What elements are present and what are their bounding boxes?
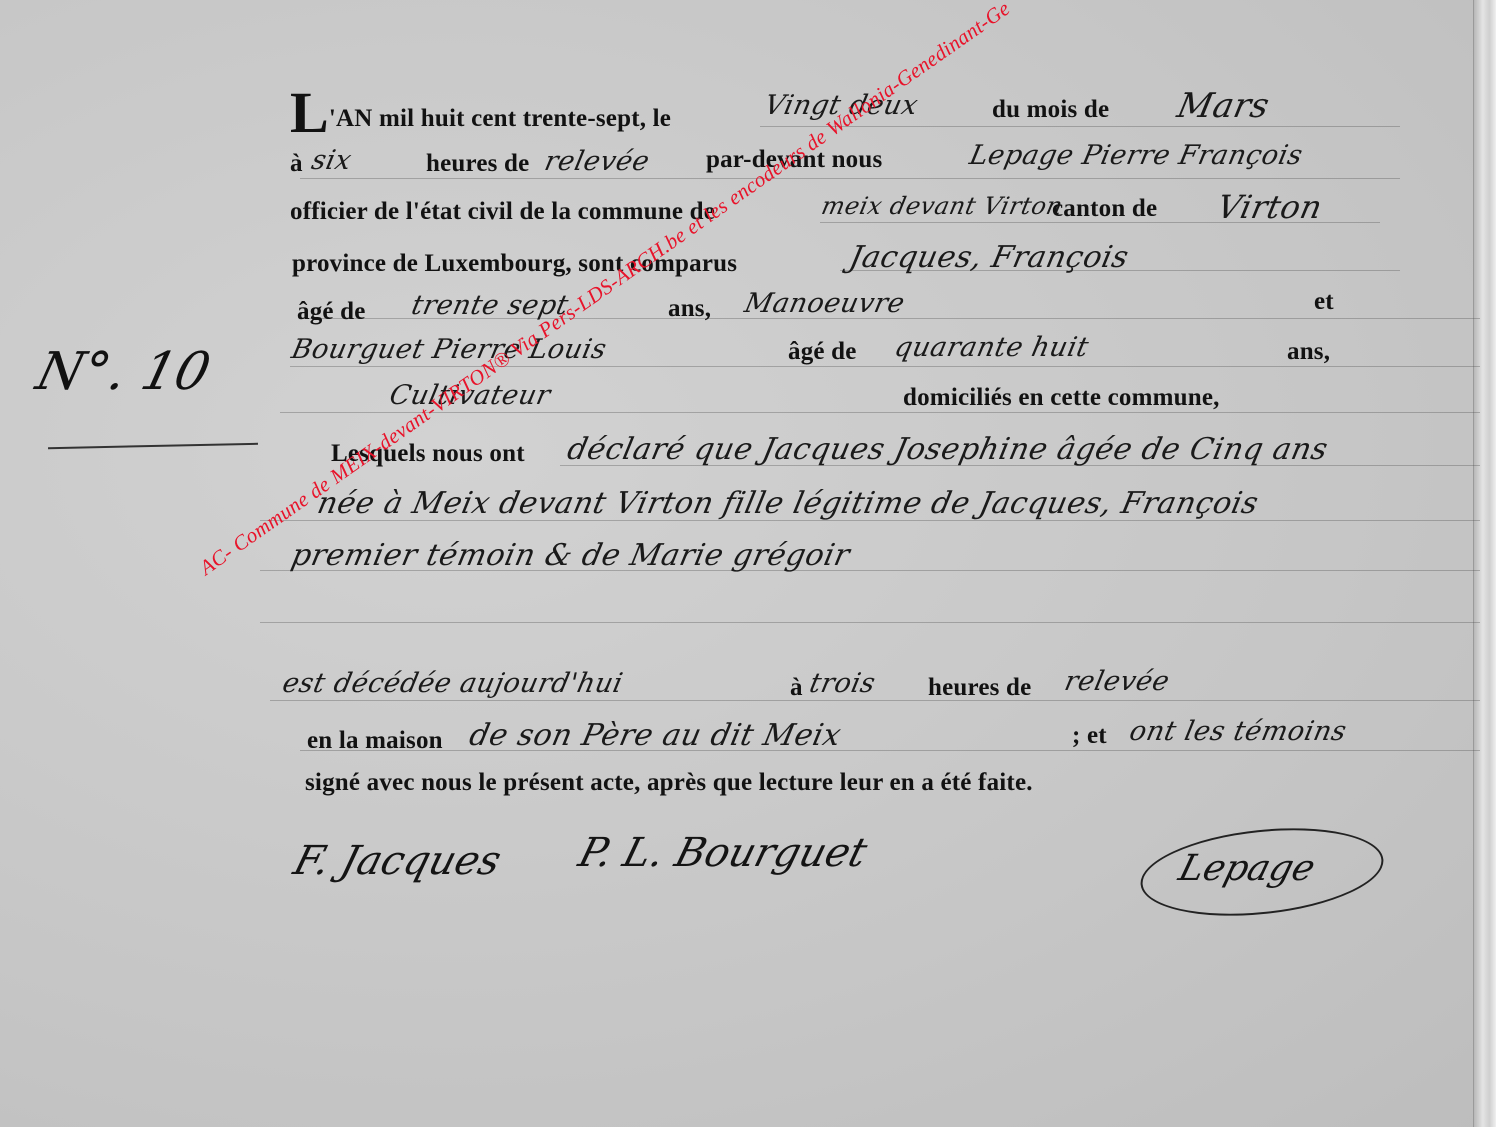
hand-deceased-today: est décédée aujourd'hui	[280, 668, 626, 699]
text-age-de: âgé de	[297, 298, 366, 326]
hand-witnesses-signed: ont les témoins	[1127, 716, 1350, 747]
hand-period: relevée	[542, 146, 653, 177]
text-a-2: à	[790, 674, 803, 702]
hand-officer-name: Lepage Pierre François	[967, 140, 1306, 171]
text-domicilies: domiciliés en cette commune,	[903, 384, 1220, 412]
page-binding-edge	[1473, 0, 1496, 1127]
text-heures-de-2: heures de	[928, 674, 1031, 702]
hand-hour: six	[309, 145, 355, 176]
signature-bourguet: P. L. Bourguet	[574, 830, 872, 876]
hand-witness-1: Jacques, François	[846, 240, 1132, 275]
hand-canton: Virton	[1214, 188, 1326, 226]
text-signe-avec-nous: signé avec nous le présent acte, après q…	[305, 769, 1033, 797]
hand-age-2: quarante huit	[892, 332, 1092, 363]
hand-month: Mars	[1174, 86, 1273, 126]
hand-occupation-1: Manoeuvre	[742, 288, 908, 319]
hand-birth-parents: née à Meix devant Virton fille légitime …	[314, 486, 1261, 521]
ruled-line	[270, 700, 1480, 701]
text-en-la-maison: en la maison	[307, 727, 443, 755]
text-canton: canton de	[1052, 195, 1157, 223]
text-et-2: ; et	[1072, 722, 1107, 750]
hand-declaration: déclaré que Jacques Josephine âgée de Ci…	[564, 432, 1331, 467]
text-ans: ans,	[668, 295, 711, 323]
text-et: et	[1314, 288, 1334, 316]
ruled-line	[280, 412, 1480, 413]
text-officier: officier de l'état civil de la commune d…	[290, 198, 715, 226]
hand-death-place: de son Père au dit Meix	[466, 718, 844, 753]
text-heures-de: heures de	[426, 150, 529, 178]
text-age-de-2: âgé de	[788, 338, 857, 366]
text-du-mois: du mois de	[992, 96, 1109, 124]
ruled-line	[300, 178, 1400, 179]
text-year: 'AN mil huit cent trente-sept, le	[329, 105, 671, 132]
line-1-print: L'AN mil huit cent trente-sept, le	[290, 84, 671, 142]
hand-death-hour: trois	[807, 668, 879, 699]
hand-mother: premier témoin & de Marie grégoir	[288, 538, 853, 573]
record-number: N°. 10	[31, 342, 217, 402]
ruled-line	[260, 622, 1480, 623]
hand-witness-2: Bourguet Pierre Louis	[289, 334, 610, 365]
hand-death-period: relevée	[1062, 666, 1173, 697]
text-ans-2: ans,	[1287, 338, 1330, 366]
signature-lepage: Lepage	[1175, 848, 1320, 889]
text-a: à	[290, 150, 303, 178]
drop-cap: L	[290, 80, 329, 145]
signature-jacques: F. Jacques	[289, 838, 506, 884]
scanned-register-page: N°. 10 L'AN mil huit cent trente-sept, l…	[0, 0, 1496, 1127]
hand-commune: meix devant Virton	[819, 192, 1066, 220]
margin-divider	[48, 443, 258, 449]
